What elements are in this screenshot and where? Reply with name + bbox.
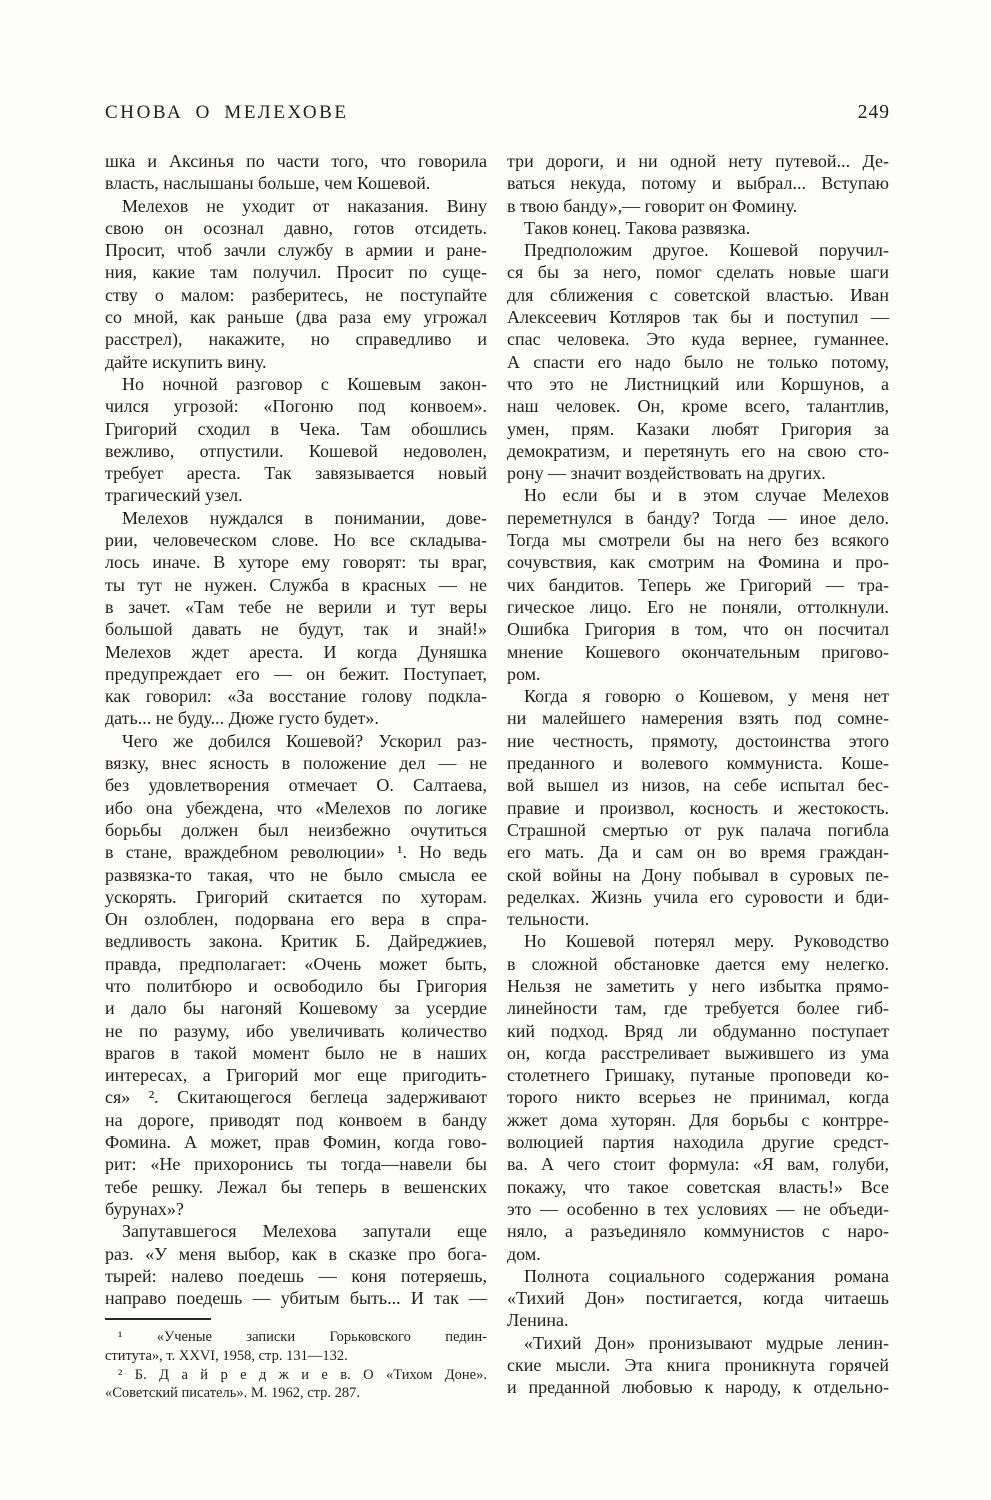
- text-line: расстрел), накажите, но справедливо и: [105, 328, 487, 350]
- paragraph: шка и Аксинья по части того, что говорил…: [105, 150, 487, 195]
- book-page: СНОВА О МЕЛЕХОВЕ 249 шка и Аксинья по ча…: [0, 0, 991, 1500]
- text-line: жжет дома хуторян. Для борьбы с контрре-: [507, 1109, 889, 1131]
- text-line: в сложной обстановке дается ему нелегко.: [507, 953, 889, 975]
- text-line: не по разуму, ибо увеличивать количество: [105, 1020, 487, 1042]
- text-line: Нельзя не заметить у него избытка прямо-: [507, 975, 889, 997]
- text-line: тырей: налево поедешь — коня потеряешь,: [105, 1265, 487, 1287]
- text-line: демократизм, и перетянуть его на свою ст…: [507, 440, 889, 462]
- text-line: Мелехов нуждался в понимании, дове-: [105, 507, 487, 529]
- text-line: ние честность, прямоту, достоинства этог…: [507, 730, 889, 752]
- text-line: Тогда мы смотрели бы на него без всякого: [507, 529, 889, 551]
- text-line: что это не Листницкий или Коршунов, а: [507, 373, 889, 395]
- text-line: переметнулся в банду? Тогда — иное дело.: [507, 507, 889, 529]
- text-line: Но ночной разговор с Кошевым закон-: [105, 373, 487, 395]
- page-number: 249: [858, 103, 890, 123]
- text-line: ваться некуда, потому и выбрал... Вступа…: [507, 172, 889, 194]
- text-line: развязка-то такая, что не было смысла ее: [105, 864, 487, 886]
- text-line: трагический узел.: [105, 484, 487, 506]
- text-line: преданного и волевого коммуниста. Коше-: [507, 752, 889, 774]
- text-line: большой давать не будут, так и знай!»: [105, 618, 487, 640]
- text-line: ределках. Жизнь учила его суровости и бд…: [507, 886, 889, 908]
- text-line: и дало бы нагоняй Кошевому за усердие: [105, 997, 487, 1019]
- text-line: Мелехов не уходит от наказания. Вину: [105, 195, 487, 217]
- text-line: ститута», т. XXVI, 1958, стр. 131—132.: [105, 1347, 487, 1366]
- text-line: мнение Кошевого окончательным пригово-: [507, 641, 889, 663]
- text-line: предупреждает его — он бежит. Поступает,: [105, 663, 487, 685]
- running-title: СНОВА О МЕЛЕХОВЕ: [105, 103, 349, 123]
- text-line: бурунах»?: [105, 1198, 487, 1220]
- text-line: лось иначе. В хуторе ему говорят: ты вра…: [105, 551, 487, 573]
- text-line: Но Кошевой потерял меру. Руководство: [507, 930, 889, 952]
- text-line: ской войны на Дону побывал в суровых пе-: [507, 864, 889, 886]
- text-line: три дороги, и ни одной нету путевой... Д…: [507, 150, 889, 172]
- text-line: направо поедешь — убитым быть... И так —: [105, 1287, 487, 1309]
- paragraph: Но Кошевой потерял меру. Руководствов сл…: [507, 930, 889, 1264]
- text-line: Ошибка Григория в том, что он посчитал: [507, 618, 889, 640]
- text-line: вежливо, отпустили. Кошевой недоволен,: [105, 440, 487, 462]
- text-line: Он озлоблен, подорвана его вера в спра-: [105, 908, 487, 930]
- text-line: чих бандитов. Теперь же Григорий — тра-: [507, 574, 889, 596]
- text-line: Но если бы и в этом случае Мелехов: [507, 484, 889, 506]
- text-line: со мной, как раньше (два раза ему угрожа…: [105, 306, 487, 328]
- text-line: Предположим другое. Кошевой поручил-: [507, 239, 889, 261]
- text-line: Фомина. А может, прав Фомин, когда гово-: [105, 1131, 487, 1153]
- text-line: вязку, внес ясность в положение дел — не: [105, 752, 487, 774]
- footnote: ² Б. Д а й р е д ж и е в. О «Тихом Доне»…: [105, 1366, 487, 1403]
- page-header: СНОВА О МЕЛЕХОВЕ 249: [105, 103, 890, 123]
- text-line: торого никто всерьез не принимал, когда: [507, 1086, 889, 1108]
- right-column: три дороги, и ни одной нету путевой... Д…: [507, 150, 889, 1403]
- text-line: ские мысли. Эта книга проникнута горячей: [507, 1354, 889, 1376]
- text-line: вой вышел из низов, на себе испытал бес-: [507, 774, 889, 796]
- text-line: в твою банду»,— говорит он Фомину.: [507, 195, 889, 217]
- footnotes-block: ¹ «Ученые записки Горьковского педин-сти…: [105, 1328, 487, 1402]
- text-line: Чего же добился Кошевой? Ускорил раз-: [105, 730, 487, 752]
- text-line: ся бы за него, помог сделать новые шаги: [507, 261, 889, 283]
- text-line: покажу, что такое советская власть!» Все: [507, 1176, 889, 1198]
- paragraph: три дороги, и ни одной нету путевой... Д…: [507, 150, 889, 217]
- text-line: дать... не буду... Дюже густо будет».: [105, 707, 487, 729]
- text-line: рии, человеческом слове. Но все складыва…: [105, 529, 487, 551]
- text-line: ству о малом: разберитесь, не поступайте: [105, 284, 487, 306]
- text-line: ром.: [507, 663, 889, 685]
- text-line: правие и произвол, косность и жестокость…: [507, 797, 889, 819]
- text-line: ускорять. Григорий скитается по хуторам.: [105, 886, 487, 908]
- paragraph: «Тихий Дон» пронизывают мудрые ленин-ски…: [507, 1332, 889, 1399]
- text-line: «Советский писатель». М. 1962, стр. 287.: [105, 1384, 487, 1403]
- text-line: волюцией партия находила другие средст-: [507, 1131, 889, 1153]
- text-line: для сближения с советской властью. Иван: [507, 284, 889, 306]
- text-line: требует ареста. Так завязывается новый: [105, 462, 487, 484]
- text-line: его мать. Да и сам он во время граждан-: [507, 841, 889, 863]
- text-line: тельности.: [507, 908, 889, 930]
- text-line: борьбы должен был неизбежно очутиться: [105, 819, 487, 841]
- paragraph: Таков конец. Такова развязка.: [507, 217, 889, 239]
- text-line: няло, а разъединяло коммунистов с наро-: [507, 1220, 889, 1242]
- text-line: чился угрозой: «Погоню под конвоем».: [105, 395, 487, 417]
- paragraph: Мелехов не уходит от наказания. Винусвою…: [105, 195, 487, 373]
- paragraph: Запутавшегося Мелехова запутали ещераз. …: [105, 1220, 487, 1309]
- text-line: как говорил: «За восстание голову подкла…: [105, 685, 487, 707]
- text-line: Таков конец. Такова развязка.: [507, 217, 889, 239]
- paragraph: Предположим другое. Кошевой поручил-ся б…: [507, 239, 889, 484]
- left-column: шка и Аксинья по части того, что говорил…: [105, 150, 487, 1403]
- text-line: рит: «Не прихоронись ты тогда—навели бы: [105, 1153, 487, 1175]
- text-line: и преданной любовью к народу, к отдельно…: [507, 1376, 889, 1398]
- text-line: это — особенно в тех условиях — не объед…: [507, 1198, 889, 1220]
- text-line: ни малейшего намерения взять под сомне-: [507, 707, 889, 729]
- text-line: умен, прям. Казаки любят Григория за: [507, 418, 889, 440]
- text-line: Полнота социального содержания романа: [507, 1265, 889, 1287]
- text-line: столетнего Гришаку, путаные проповеди ко…: [507, 1064, 889, 1086]
- text-line: Страшной смертью от рук палача погибла: [507, 819, 889, 841]
- text-line: Григорий сходил в Чека. Там обошлись: [105, 418, 487, 440]
- text-line: А спасти его надо было не только потому,: [507, 351, 889, 373]
- text-line: ² Б. Д а й р е д ж и е в. О «Тихом Доне»…: [105, 1366, 487, 1385]
- text-line: сочувствия, как смотрим на Фомина и про-: [507, 551, 889, 573]
- paragraph: Когда я говорю о Кошевом, у меня нетни м…: [507, 685, 889, 930]
- text-line: Запутавшегося Мелехова запутали еще: [105, 1220, 487, 1242]
- text-line: интересах, а Григорий мог еще пригодить-: [105, 1064, 487, 1086]
- text-line: ся» ². Скитающегося беглеца задерживают: [105, 1086, 487, 1108]
- text-line: наш человек. Он, кроме всего, талантлив,: [507, 395, 889, 417]
- text-line: ¹ «Ученые записки Горьковского педин-: [105, 1328, 487, 1347]
- text-line: ва. А чего стоит формула: «Я вам, голуби…: [507, 1153, 889, 1175]
- text-line: ведливость закона. Критик Б. Дайреджиев,: [105, 930, 487, 952]
- text-line: что политбюро и освободило бы Григория: [105, 975, 487, 997]
- footnote-rule: [105, 1318, 211, 1320]
- text-line: «Тихий Дон» постигается, когда читаешь: [507, 1287, 889, 1309]
- text-line: Ленина.: [507, 1309, 889, 1331]
- text-line: Мелехов ждет ареста. И когда Дуняшка: [105, 641, 487, 663]
- text-line: Просит, чтоб зачли службу в армии и ране…: [105, 239, 487, 261]
- text-line: дайте искупить вину.: [105, 351, 487, 373]
- text-line: власть, наслышаны больше, чем Кошевой.: [105, 172, 487, 194]
- text-line: врагов в такой момент было не в наших: [105, 1042, 487, 1064]
- footnote: ¹ «Ученые записки Горьковского педин-сти…: [105, 1328, 487, 1365]
- text-line: тебе решку. Лежал бы теперь в вешенских: [105, 1176, 487, 1198]
- text-line: в стане, враждебном революции» ¹. Но вед…: [105, 841, 487, 863]
- text-line: шка и Аксинья по части того, что говорил…: [105, 150, 487, 172]
- text-line: спас человека. Это куда вернее, гуманнее…: [507, 328, 889, 350]
- text-line: ты тут не нужен. Служба в красных — не: [105, 574, 487, 596]
- text-line: дом.: [507, 1243, 889, 1265]
- text-line: правда, предполагает: «Очень может быть,: [105, 953, 487, 975]
- text-line: кий подход. Вряд ли обдуманно поступает: [507, 1020, 889, 1042]
- text-columns: шка и Аксинья по части того, что говорил…: [105, 150, 890, 1403]
- text-line: на дороге, приводят под конвоем в банду: [105, 1109, 487, 1131]
- text-line: «Тихий Дон» пронизывают мудрые ленин-: [507, 1332, 889, 1354]
- text-line: без удовлетворения отмечает О. Салтаева,: [105, 774, 487, 796]
- text-line: в зачет. «Там тебе не верили и тут веры: [105, 596, 487, 618]
- text-line: он, когда расстреливает выжившего из ума: [507, 1042, 889, 1064]
- text-line: Когда я говорю о Кошевом, у меня нет: [507, 685, 889, 707]
- paragraph: Но если бы и в этом случае Мелеховпереме…: [507, 484, 889, 685]
- text-line: раз. «У меня выбор, как в сказке про бог…: [105, 1243, 487, 1265]
- text-line: Алексеевич Котляров так бы и поступил —: [507, 306, 889, 328]
- text-line: свою он осознал давно, готов отсидеть.: [105, 217, 487, 239]
- text-line: ибо она убеждена, что «Мелехов по логике: [105, 797, 487, 819]
- text-line: рону — значит воздействовать на других.: [507, 462, 889, 484]
- text-line: гическое лицо. Его не поняли, оттолкнули…: [507, 596, 889, 618]
- paragraph: Но ночной разговор с Кошевым закон-чился…: [105, 373, 487, 507]
- paragraph: Чего же добился Кошевой? Ускорил раз-вяз…: [105, 730, 487, 1221]
- text-line: ния, какие там получил. Просит по суще-: [105, 261, 487, 283]
- paragraph: Полнота социального содержания романа«Ти…: [507, 1265, 889, 1332]
- paragraph: Мелехов нуждался в понимании, дове-рии, …: [105, 507, 487, 730]
- text-line: линейности там, где требуется более гиб-: [507, 997, 889, 1019]
